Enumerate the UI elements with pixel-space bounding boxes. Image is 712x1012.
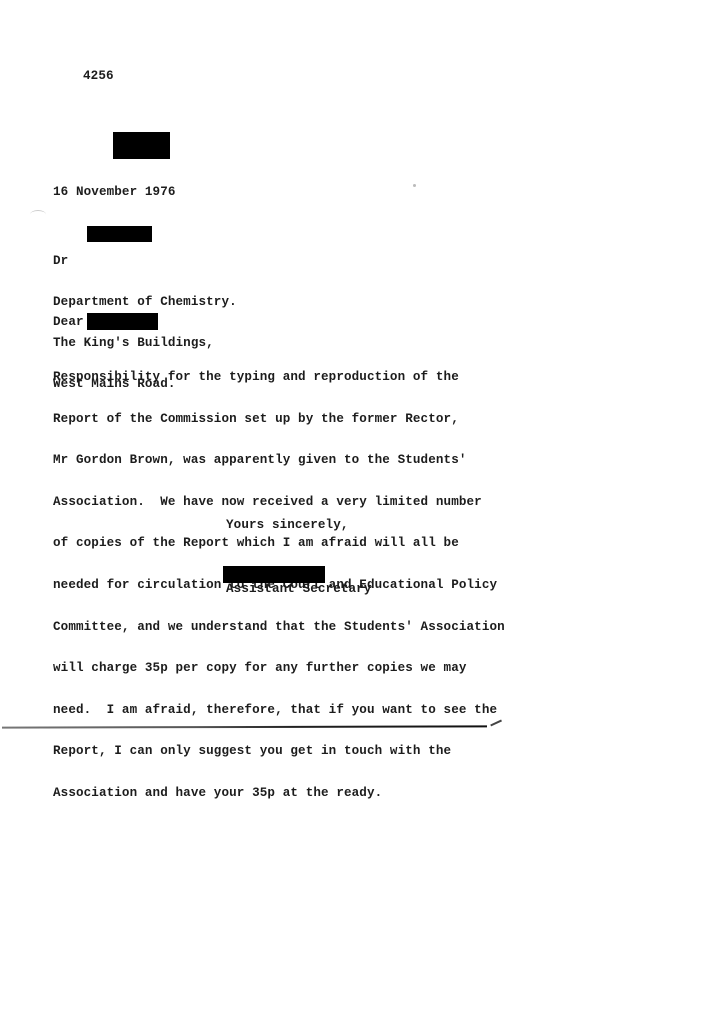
- body-line: Report, I can only suggest you get in to…: [53, 745, 505, 761]
- body-line: Association. We have now received a very…: [53, 496, 505, 512]
- speck: [413, 184, 416, 187]
- body-line: Committee, and we understand that the St…: [53, 621, 505, 637]
- stray-mark: [30, 210, 46, 219]
- body-line: need. I am afraid, therefore, that if yo…: [53, 704, 505, 720]
- body-line: will charge 35p per copy for any further…: [53, 662, 505, 678]
- body-line: Responsibility for the typing and reprod…: [53, 371, 505, 387]
- closing: Yours sincerely,: [226, 519, 349, 532]
- recipient-name-line: Dr: [53, 255, 237, 270]
- greeting: Dear: [53, 316, 84, 329]
- body-line: of copies of the Report which I am afrai…: [53, 537, 505, 553]
- body-line: Mr Gordon Brown, was apparently given to…: [53, 454, 505, 470]
- redaction-signature: [223, 566, 325, 583]
- redaction-recipient-name: [87, 226, 152, 242]
- letter-date: 16 November 1976: [53, 186, 176, 199]
- reference-number: 4256: [83, 70, 114, 83]
- address-line: Department of Chemistry.: [53, 296, 237, 311]
- body-line: Association and have your 35p at the rea…: [53, 787, 505, 803]
- body-line: Report of the Commission set up by the f…: [53, 413, 505, 429]
- redaction-greeting-name: [87, 313, 158, 330]
- redaction-block-header: [113, 132, 170, 159]
- signatory-title: Assistant Secretary: [226, 583, 372, 596]
